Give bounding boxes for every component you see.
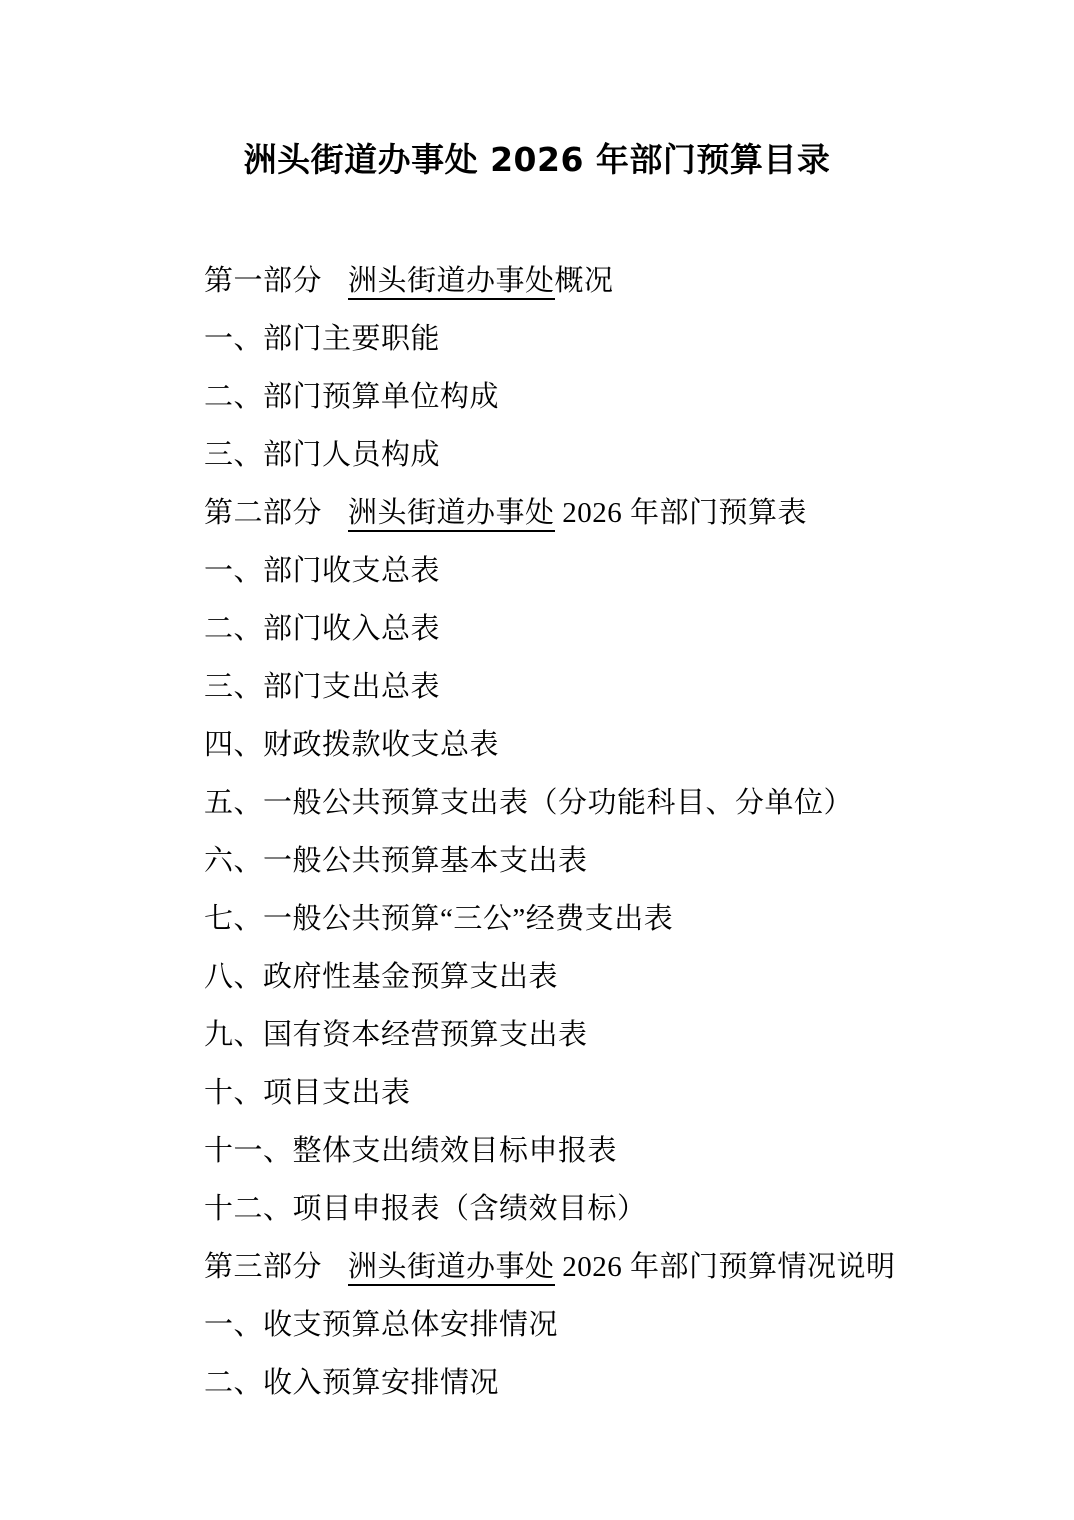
toc-item: 十、项目支出表: [204, 1064, 1034, 1122]
toc-section-prefix: 第三部分: [204, 1251, 322, 1283]
toc-section-2: 第二部分洲头街道办事处 2026 年部门预算表: [204, 484, 1034, 542]
toc-item: 九、国有资本经营预算支出表: [204, 1006, 1034, 1064]
toc-item: 一、部门主要职能: [204, 310, 1034, 368]
toc-item: 三、部门人员构成: [204, 426, 1034, 484]
toc-item: 一、收支预算总体安排情况: [204, 1296, 1034, 1354]
toc-item: 七、一般公共预算“三公”经费支出表: [204, 890, 1034, 948]
toc-section-org-underlined: 洲头街道办事处: [348, 265, 555, 300]
toc-section-prefix: 第二部分: [204, 497, 322, 529]
document-title: 洲头街道办事处 2026 年部门预算目录: [0, 0, 1074, 182]
table-of-contents: 第一部分洲头街道办事处概况 一、部门主要职能 二、部门预算单位构成 三、部门人员…: [0, 252, 1074, 1412]
toc-section-suffix: 概况: [555, 265, 614, 297]
toc-section-suffix: 2026 年部门预算表: [555, 497, 808, 529]
toc-section-org-underlined: 洲头街道办事处: [348, 1251, 555, 1286]
toc-item: 二、部门预算单位构成: [204, 368, 1034, 426]
toc-item: 六、一般公共预算基本支出表: [204, 832, 1034, 890]
toc-item: 四、财政拨款收支总表: [204, 716, 1034, 774]
document-page: 洲头街道办事处 2026 年部门预算目录 第一部分洲头街道办事处概况 一、部门主…: [0, 0, 1074, 1520]
toc-item: 十二、项目申报表（含绩效目标）: [204, 1180, 1034, 1238]
toc-item: 八、政府性基金预算支出表: [204, 948, 1034, 1006]
toc-section-prefix: 第一部分: [204, 265, 322, 297]
toc-item: 二、收入预算安排情况: [204, 1354, 1034, 1412]
toc-item: 五、一般公共预算支出表（分功能科目、分单位）: [204, 774, 1034, 832]
toc-section-suffix: 2026 年部门预算情况说明: [555, 1251, 896, 1283]
toc-item: 十一、整体支出绩效目标申报表: [204, 1122, 1034, 1180]
toc-item: 一、部门收支总表: [204, 542, 1034, 600]
toc-section-3: 第三部分洲头街道办事处 2026 年部门预算情况说明: [204, 1238, 1034, 1296]
toc-item: 三、部门支出总表: [204, 658, 1034, 716]
toc-item: 二、部门收入总表: [204, 600, 1034, 658]
toc-section-org-underlined: 洲头街道办事处: [348, 497, 555, 532]
toc-section-1: 第一部分洲头街道办事处概况: [204, 252, 1034, 310]
